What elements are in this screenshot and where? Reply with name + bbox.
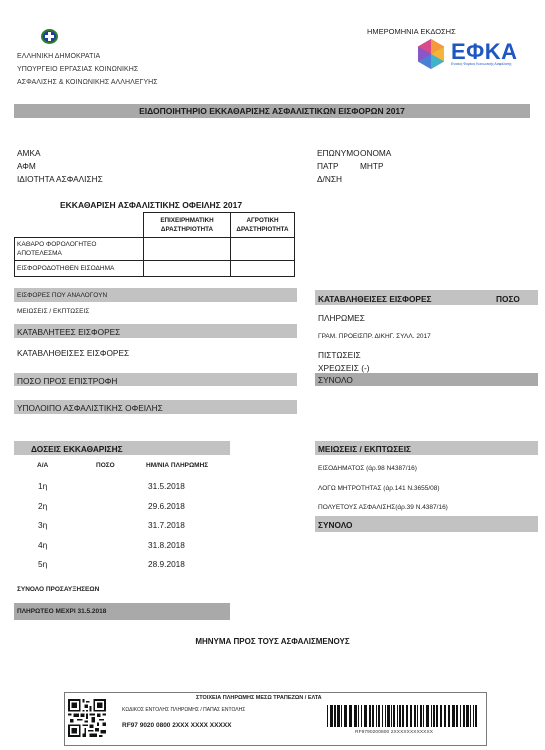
amka-label: ΑΜΚΑ bbox=[17, 148, 41, 158]
efka-logo-subtitle: Ενιαίος Φορέας Κοινωνικής Ασφάλισης bbox=[451, 62, 512, 66]
barcode-text: RF9790200800 2XXXXXXXXXXXX bbox=[355, 730, 433, 735]
installment-no: 4η bbox=[38, 540, 47, 550]
rf-payment-code[interactable]: RF97 9020 0800 2XXX XXXX XXXXX bbox=[122, 722, 231, 729]
installment-no: 3η bbox=[38, 520, 47, 530]
col-business-activity: ΕΠΙΧΕΙΡΗΜΑΤΙΚΗ ΔΡΑΣΤΗΡΙΟΤΗΤΑ bbox=[144, 213, 231, 238]
installment-date: 31.7.2018 bbox=[148, 520, 185, 530]
paid-total-label: ΣΥΝΟΛΟ bbox=[318, 375, 353, 385]
amount-header: ΠΟΣΟ bbox=[496, 294, 520, 304]
father-label: ΠΑΤΡ bbox=[317, 161, 339, 171]
cell-income-agricultural bbox=[231, 261, 295, 277]
paid-contributions-label: ΚΑΤΑΒΛΗΘΕΙΣΕΣ ΕΙΣΦΟΡΕΣ bbox=[17, 348, 129, 358]
barcode-icon bbox=[327, 705, 479, 727]
gov-line-ministry-cont: ΑΣΦΑΛΙΣΗΣ & ΚΟΙΝΩΝΙΚΗΣ ΑΛΛΗΛΕΓΥΗΣ bbox=[17, 79, 158, 86]
installment-date: 29.6.2018 bbox=[148, 501, 185, 511]
reduction-item-maternity: ΛΟΓΩ ΜΗΤΡΟΤΗΤΑΣ (άρ.141 Ν.3655/08) bbox=[318, 485, 440, 492]
pre-collection-label: ΓΡΑΜ. ΠΡΟΕΙΣΠΡ. ΔΙΚΗΓ. ΣΥΛΛ. 2017 bbox=[318, 333, 431, 340]
debits-label: ΧΡΕΩΣΕΙΣ (-) bbox=[318, 363, 370, 373]
refund-amount-label: ΠΟΣΟ ΠΡΟΣ ΕΠΙΣΤΡΟΦΗ bbox=[17, 376, 117, 386]
surcharges-total-label: ΣΥΝΟΛΟ ΠΡΟΣΑΥΞΗΣΕΩΝ bbox=[17, 586, 99, 593]
cell-income-business bbox=[144, 261, 231, 277]
address-label: Δ/ΝΣΗ bbox=[317, 174, 342, 184]
installment-no: 5η bbox=[38, 559, 47, 569]
balance-label: ΥΠΟΛΟΙΠΟ ΑΣΦΑΛΙΣΤΙΚΗΣ ΟΦΕΙΛΗΣ bbox=[17, 403, 163, 413]
col-payment-date: ΗΜ/ΝΙΑ ΠΛΗΡΩΜΗΣ bbox=[146, 462, 208, 469]
name-label: ΟΝΟΜΑ bbox=[360, 148, 391, 158]
greek-coat-of-arms-icon bbox=[41, 29, 58, 44]
payments-label: ΠΛΗΡΩΜΕΣ bbox=[318, 313, 365, 323]
row-label-contributory-income: ΕΙΣΦΟΡΟΔΟΤΗΘΕΝ ΕΙΣΟΔΗΜΑ bbox=[15, 261, 144, 277]
settlement-table-title: ΕΚΚΑΘΑΡΙΣΗ ΑΣΦΑΛΙΣΤΙΚΗΣ ΟΦΕΙΛΗΣ 2017 bbox=[60, 200, 242, 210]
row-label-net-taxable: ΚΑΘΑΡΟ ΦΟΡΟΛΟΓΗΤΕΟ ΑΠΟΤΕΛΕΣΜΑ bbox=[15, 238, 144, 261]
message-title: ΜΗΝΥΜΑ ΠΡΟΣ ΤΟΥΣ ΑΣΦΑΛΙΣΜΕΝΟΥΣ bbox=[0, 637, 545, 646]
table-row: ΕΙΣΦΟΡΟΔΟΤΗΘΕΝ ΕΙΣΟΔΗΜΑ bbox=[15, 261, 295, 277]
installment-no: 1η bbox=[38, 481, 47, 491]
installment-date: 31.8.2018 bbox=[148, 540, 185, 550]
col-no: Α/Α bbox=[37, 462, 48, 469]
payable-contributions-label: ΚΑΤΑΒΛΗΤΕΕΣ ΕΙΣΦΟΡΕΣ bbox=[17, 327, 120, 337]
col-amount: ΠΟΣΟ bbox=[96, 462, 115, 469]
reductions-label: ΜΕΙΩΣΕΙΣ / ΕΚΠΤΩΣΕΙΣ bbox=[17, 308, 89, 315]
installment-date: 31.5.2018 bbox=[148, 481, 185, 491]
payment-slip-title: ΣΤΟΙΧΕΙΑ ΠΛΗΡΩΜΗΣ ΜΕΣΩ ΤΡΑΠΕΖΩΝ / ΕΛΤΑ bbox=[196, 695, 322, 701]
installment-date: 28.9.2018 bbox=[148, 559, 185, 569]
paid-contributions-header: ΚΑΤΑΒΛΗΘΕΙΣΕΣ ΕΙΣΦΟΡΕΣ bbox=[318, 294, 431, 304]
gov-line-ministry: ΥΠΟΥΡΓΕΙΟ ΕΡΓΑΣΙΑΣ ΚΟΙΝΩΝΙΚΗΣ bbox=[17, 66, 138, 73]
page-title: ΕΙΔΟΠΟΙΗΤΗΡΙΟ ΕΚΚΑΘΑΡΙΣΗΣ ΑΣΦΑΛΙΣΤΙΚΩΝ Ε… bbox=[14, 104, 530, 118]
qr-code-icon bbox=[68, 699, 106, 737]
settlement-table: ΕΠΙΧΕΙΡΗΜΑΤΙΚΗ ΔΡΑΣΤΗΡΙΟΤΗΤΑ ΑΓΡΟΤΙΚΗ ΔΡ… bbox=[14, 212, 295, 277]
gov-line-republic: ΕΛΛΗΝΙΚΗ ΔΗΜΟΚΡΑΤΙΑ bbox=[17, 53, 100, 60]
cell-net-taxable-business bbox=[144, 238, 231, 261]
reduction-item-long-insurance: ΠΟΛΥΕΤΟΥΣ ΑΣΦΑΛΙΣΗΣ(άρ.39 Ν.4387/16) bbox=[318, 504, 448, 511]
issue-date-label: ΗΜΕΡΟΜΗΝΙΑ ΕΚΔΟΣΗΣ bbox=[367, 27, 456, 36]
installment-no: 2η bbox=[38, 501, 47, 511]
insurance-status-label: ΙΔΙΟΤΗΤΑ ΑΣΦΑΛΙΣΗΣ bbox=[17, 174, 103, 184]
contributions-due-label: ΕΙΣΦΟΡΕΣ ΠΟΥ ΑΝΑΛΟΓΟΥΝ bbox=[17, 292, 107, 299]
col-agricultural-activity: ΑΓΡΟΤΙΚΗ ΔΡΑΣΤΗΡΙΟΤΗΤΑ bbox=[231, 213, 295, 238]
table-row: ΚΑΘΑΡΟ ΦΟΡΟΛΟΓΗΤΕΟ ΑΠΟΤΕΛΕΣΜΑ bbox=[15, 238, 295, 261]
reductions-total-label: ΣΥΝΟΛΟ bbox=[318, 520, 353, 530]
mother-label: ΜΗΤΡ bbox=[360, 161, 384, 171]
cell-net-taxable-agricultural bbox=[231, 238, 295, 261]
afm-label: ΑΦΜ bbox=[17, 161, 36, 171]
payable-until-label: ΠΛΗΡΩΤΕΟ ΜΕΧΡΙ 31.5.2018 bbox=[17, 608, 106, 615]
surname-label: ΕΠΩΝΥΜΟ bbox=[317, 148, 360, 158]
reduction-item-income: ΕΙΣΟΔΗΜΑΤΟΣ (άρ.98 Ν4387/16) bbox=[318, 465, 417, 472]
payment-code-label: ΚΩΔΙΚΟΣ ΕΝΤΟΛΗΣ ΠΛΗΡΩΜΗΣ / ΠΑΠΑΣ ΕΝΤΟΛΗΣ bbox=[122, 707, 245, 713]
reductions-header: ΜΕΙΩΣΕΙΣ / ΕΚΠΤΩΣΕΙΣ bbox=[318, 444, 411, 454]
efka-hexagon-logo-icon bbox=[415, 38, 447, 70]
installments-header: ΔΟΣΕΙΣ ΕΚΚΑΘΑΡΙΣΗΣ bbox=[31, 444, 123, 454]
credits-label: ΠΙΣΤΩΣΕΙΣ bbox=[318, 350, 361, 360]
efka-logo-wordmark: ΕΦΚΑ bbox=[451, 40, 518, 64]
